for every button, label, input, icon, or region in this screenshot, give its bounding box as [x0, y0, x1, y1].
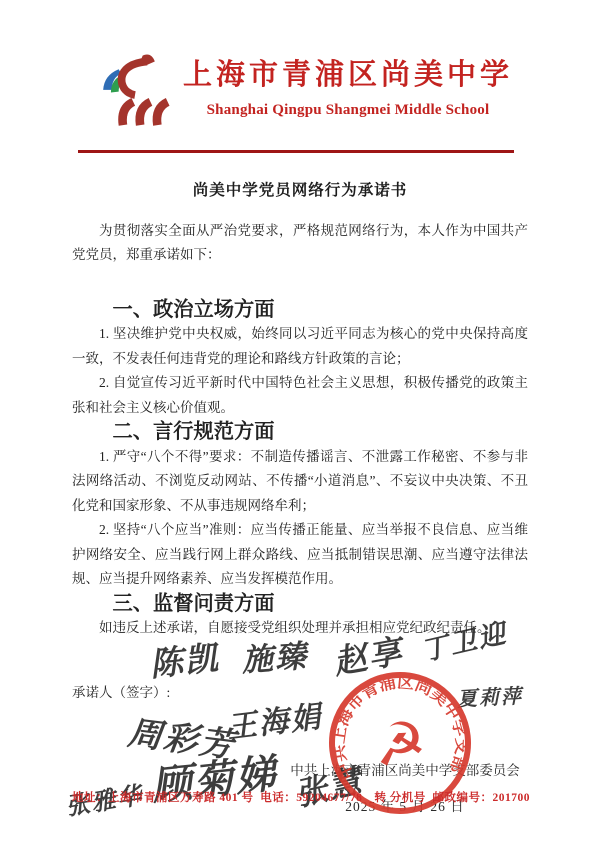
section-1-item-2: 2. 自觉宣传习近平新时代中国特色社会主义思想，积极传播党的政策主张和社会主义核…	[72, 371, 528, 420]
intro-paragraph: 为贯彻落实全面从严治党要求，严格规范网络行为，本人作为中国共产党党员，郑重承诺如…	[72, 219, 528, 268]
footer-phone: 电话：59204677/78 转 分机号	[260, 789, 426, 805]
letterhead: 上海市青浦区尚美中学 Shanghai Qingpu Shangmei Midd…	[0, 0, 600, 128]
footer: 地址：上海市青浦区万寿路 401 号 电话：59204677/78 转 分机号 …	[72, 789, 530, 805]
section-2-heading: 二、言行规范方面	[72, 420, 528, 445]
logo-m-stroke-1	[123, 102, 134, 125]
signature: 施臻	[241, 644, 309, 673]
logo-m-stroke-2	[140, 102, 151, 125]
letterhead-divider	[78, 150, 514, 153]
section-1-item-1: 1. 坚决维护党中央权威，始终同以习近平同志为核心的党中央保持高度一致，不发表任…	[72, 322, 528, 371]
footer-postal-code: 邮政编号：201700	[432, 789, 530, 805]
document-page: 上海市青浦区尚美中学 Shanghai Qingpu Shangmei Midd…	[0, 0, 600, 848]
signature: 陈凯	[149, 645, 221, 677]
letterhead-names: 上海市青浦区尚美中学 Shanghai Qingpu Shangmei Midd…	[178, 59, 528, 118]
signature: 王海娟	[226, 705, 324, 741]
school-name-cn: 上海市青浦区尚美中学	[178, 59, 518, 92]
logo-m-stroke-3	[157, 102, 168, 125]
section-2-item-1: 1. 严守“八个不得”要求：不制造传播谣言、不泄露工作秘密、不参与非法网络活动、…	[72, 445, 528, 519]
signer-label: 承诺人（签字）:	[72, 681, 170, 706]
section-2-item-2: 2. 坚持“八个应当”准则：应当传播正能量、应当举报不良信息、应当维护网络安全、…	[72, 518, 528, 592]
section-3-heading: 三、监督问责方面	[72, 592, 528, 617]
document-title: 尚美中学党员网络行为承诺书	[72, 179, 528, 204]
school-logo-sm-swan-icon	[92, 50, 178, 128]
section-1-heading: 一、政治立场方面	[72, 298, 528, 323]
logo-swan-neck	[122, 61, 147, 95]
footer-address: 地址：上海市青浦区万寿路 401 号	[72, 789, 254, 805]
hammer-sickle-icon: ☭	[371, 707, 430, 780]
school-name-en: Shanghai Qingpu Shangmei Middle School	[178, 102, 518, 119]
signature: 周彩芳	[127, 721, 237, 758]
